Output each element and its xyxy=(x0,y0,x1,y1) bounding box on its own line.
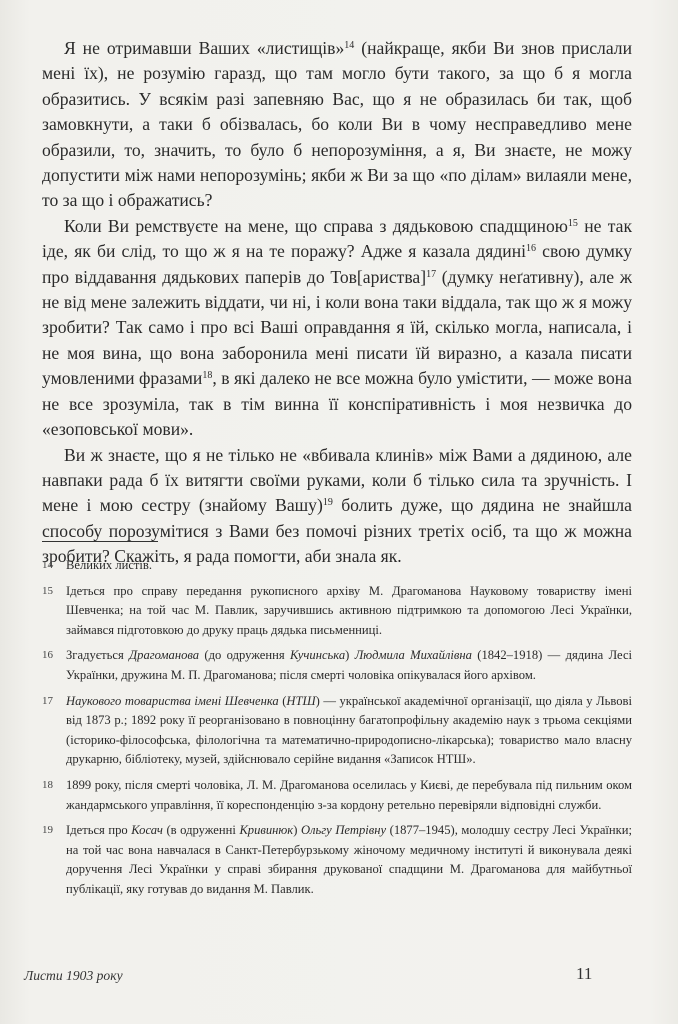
footnote-text: Ідеться про Косач (в одруженні Кривинюк)… xyxy=(66,821,632,899)
footnote-ref-18[interactable]: 18 xyxy=(202,370,212,381)
footnote-14: 14 Великих листів. xyxy=(42,556,632,576)
footnote-ref-17[interactable]: 17 xyxy=(426,269,436,280)
footnote-text: Ідеться про справу передання рукописного… xyxy=(66,582,632,641)
italic-name: Людмила Михайлівна xyxy=(355,648,472,662)
footnote-18: 18 1899 року, після смерті чоловіка, Л. … xyxy=(42,776,632,815)
text: ) xyxy=(345,648,355,662)
book-page: Я не отримавши Ваших «листищів»14 (найкр… xyxy=(0,0,678,1024)
italic-name: Косач xyxy=(131,823,163,837)
text: (до одруження xyxy=(199,648,290,662)
page-number: 11 xyxy=(576,964,592,984)
text: Ідеться про xyxy=(66,823,131,837)
footnote-15: 15 Ідеться про справу передання рукописн… xyxy=(42,582,632,641)
footnote-16: 16 Згадується Драгоманова (до одруження … xyxy=(42,646,632,685)
footnote-number: 18 xyxy=(42,776,66,815)
footnote-19: 19 Ідеться про Косач (в одруженні Кривин… xyxy=(42,821,632,899)
paragraph-2: Коли Ви ремствуєте на мене, що справа з … xyxy=(42,214,632,443)
footnote-number: 14 xyxy=(42,556,66,576)
footnote-ref-15[interactable]: 15 xyxy=(568,218,578,229)
footnote-text: 1899 року, після смерті чоловіка, Л. М. … xyxy=(66,776,632,815)
footnote-ref-14[interactable]: 14 xyxy=(344,40,354,51)
italic-name: НТШ xyxy=(286,694,315,708)
footnote-ref-16[interactable]: 16 xyxy=(526,243,536,254)
footnote-ref-19[interactable]: 19 xyxy=(323,497,333,508)
footnote-text: Великих листів. xyxy=(66,556,632,576)
text: Згадується xyxy=(66,648,129,662)
footnote-number: 15 xyxy=(42,582,66,641)
italic-name: Ольгу Петрівну xyxy=(301,823,386,837)
letter-body: Я не отримавши Ваших «листищів»14 (найкр… xyxy=(42,36,632,570)
paragraph-3: Ви ж знаєте, що я не тілько не «вбивала … xyxy=(42,443,632,570)
footnotes: 14 Великих листів. 15 Ідеться про справу… xyxy=(42,556,632,906)
footnote-text: Наукового товариства імені Шевченка (НТШ… xyxy=(66,692,632,770)
italic-name: Драгоманова xyxy=(129,648,199,662)
text: (в одруженні xyxy=(163,823,240,837)
footnote-number: 19 xyxy=(42,821,66,899)
text: Коли Ви ремствуєте на мене, що справа з … xyxy=(64,216,568,236)
italic-name: Наукового товариства імені Шевченка xyxy=(66,694,279,708)
italic-name: Кучинська xyxy=(290,648,345,662)
paragraph-1: Я не отримавши Ваших «листищів»14 (найкр… xyxy=(42,36,632,214)
footnote-divider xyxy=(42,541,158,542)
italic-name: Кривинюк xyxy=(239,823,293,837)
footnote-number: 17 xyxy=(42,692,66,770)
footnote-number: 16 xyxy=(42,646,66,685)
footnote-17: 17 Наукового товариства імені Шевченка (… xyxy=(42,692,632,770)
text: Я не отримавши Ваших «листищів» xyxy=(64,38,344,58)
footnote-text: Згадується Драгоманова (до одруження Куч… xyxy=(66,646,632,685)
text: (найкраще, якби Ви знов при­слали мені ї… xyxy=(42,38,632,210)
running-title: Листи 1903 року xyxy=(24,968,123,984)
text: ) xyxy=(293,823,301,837)
